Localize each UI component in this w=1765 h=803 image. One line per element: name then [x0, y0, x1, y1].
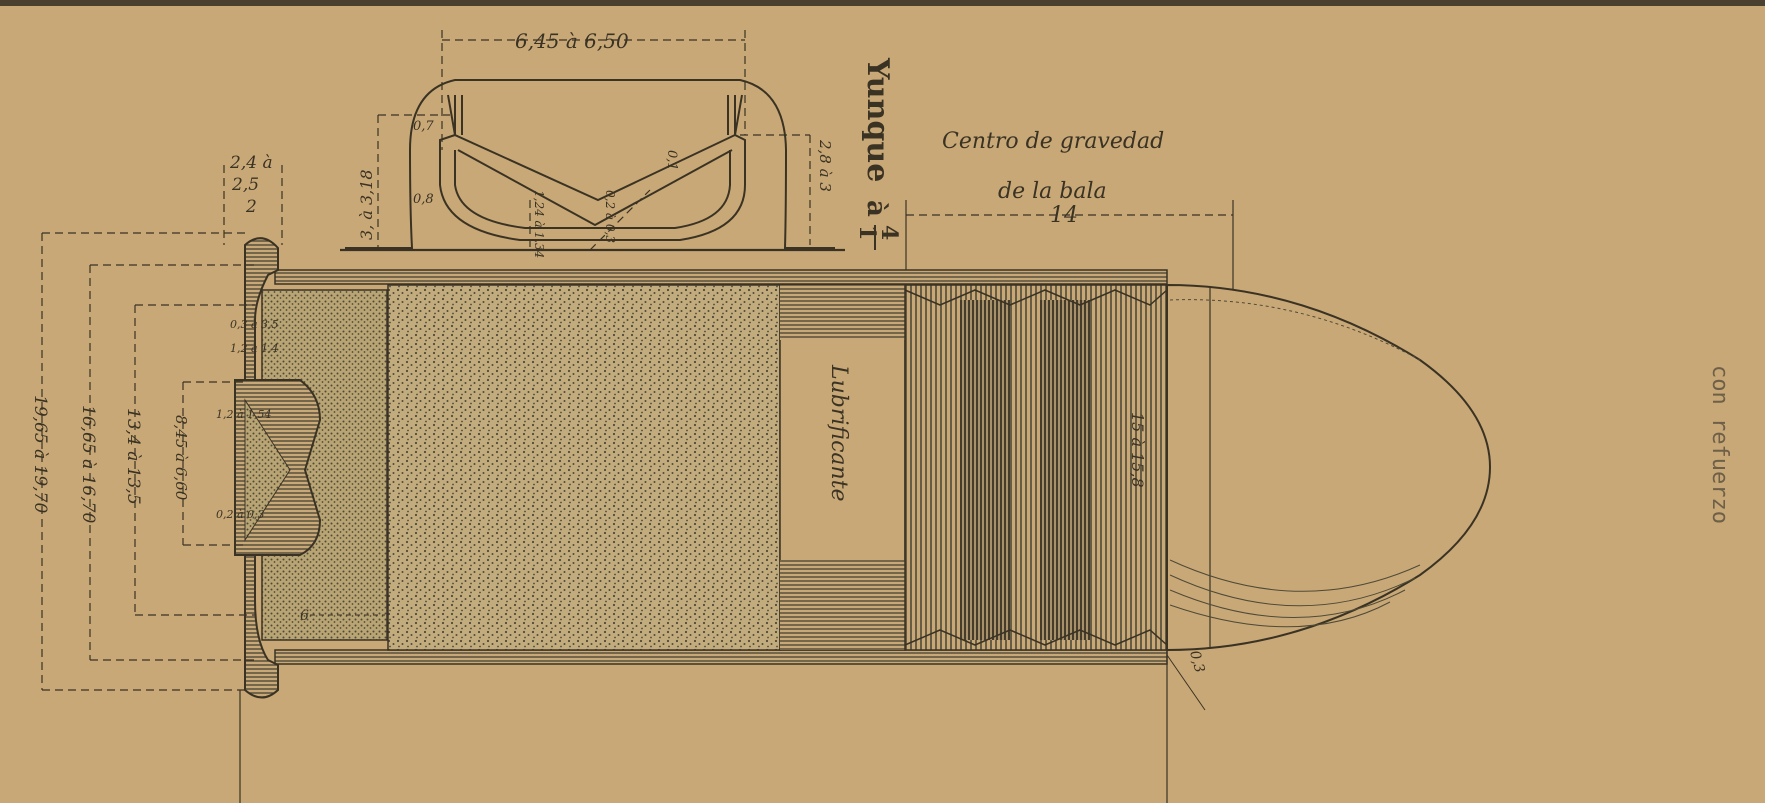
bullet-diameter-dimension: 15 à 15,8: [1128, 412, 1147, 488]
anvil-height-right-dimension: 2,8 à 3: [816, 139, 834, 192]
anvil-wall-bottom-dimension: 0,8: [413, 192, 434, 207]
anvil-height-left-dimension: 3, à 3,18: [357, 169, 376, 240]
center-of-gravity-label-line1: Centro de gravedad: [942, 129, 1164, 154]
anvil-base-dimension: 0,2 à 0,3: [603, 190, 617, 243]
lubricant-label: Lubrificante: [826, 364, 851, 502]
anvil-title: Yunque: [860, 57, 895, 182]
bullet-groove-1: [960, 300, 1010, 640]
rim-thickness-label-2: 2,5: [231, 175, 259, 195]
lubricant-top-hatching: [780, 285, 905, 340]
anvil-detail: [340, 80, 845, 250]
primer-pocket-diameter-dimension: 8,45 à 6,60: [172, 415, 190, 501]
anvil-depth-dimension: 1,24 à 1,34: [532, 190, 546, 258]
powder-charge: [388, 285, 780, 650]
rim-diameter-dimension: 19,65 à 19,70: [30, 395, 50, 513]
bullet-nose: [1167, 285, 1490, 650]
case-inner-diameter-dimension: 13,4 à 13,5: [123, 408, 143, 505]
drawing-canvas: 6,45 à 6,50 3, à 3,18 2,8 à 3 0,7 0,8 0,…: [0, 0, 1765, 803]
reinforcement-note: con refuerzo: [1707, 365, 1732, 524]
cartridge-technical-drawing: 6,45 à 6,50 3, à 3,18 2,8 à 3 0,7 0,8 0,…: [0, 0, 1765, 803]
center-of-gravity-label-line2: de la bala: [998, 179, 1107, 204]
primer-label-1: 1,2 à 1,54: [216, 408, 272, 421]
rim-thickness-label-1: 2,4 à: [229, 153, 273, 173]
rim-thickness-label-3: 2: [245, 197, 257, 217]
anvil-scale-denominator: 1: [854, 225, 880, 240]
anvil-width-dimension: 6,45 à 6,50: [515, 29, 629, 53]
primer-label-4: 1,2 à 1,4: [230, 342, 279, 355]
anvil-wall-top-dimension: 0,7: [413, 119, 434, 134]
case-head-diameter-dimension: 16,65 à 16,70: [78, 405, 98, 523]
top-border: [0, 0, 1765, 6]
flash-hole-dimension: 6: [300, 608, 309, 624]
anvil-scale-prefix: à: [861, 200, 891, 217]
center-of-gravity-distance: 14: [1050, 203, 1078, 228]
case-wall-top: [275, 270, 1167, 284]
bullet-groove-2: [1040, 300, 1090, 640]
primer-label-3: 0,3 à 3,5: [230, 318, 279, 331]
lubricant-bottom-hatching: [780, 560, 905, 650]
primer-label-2: 0,2 à 0,3: [216, 508, 265, 521]
bullet-body: [905, 285, 1167, 650]
anvil-inner-dimension: 0,1: [664, 150, 679, 171]
crimp-dimension: 0,3: [1186, 649, 1207, 675]
case-wall-bottom: [275, 650, 1167, 664]
